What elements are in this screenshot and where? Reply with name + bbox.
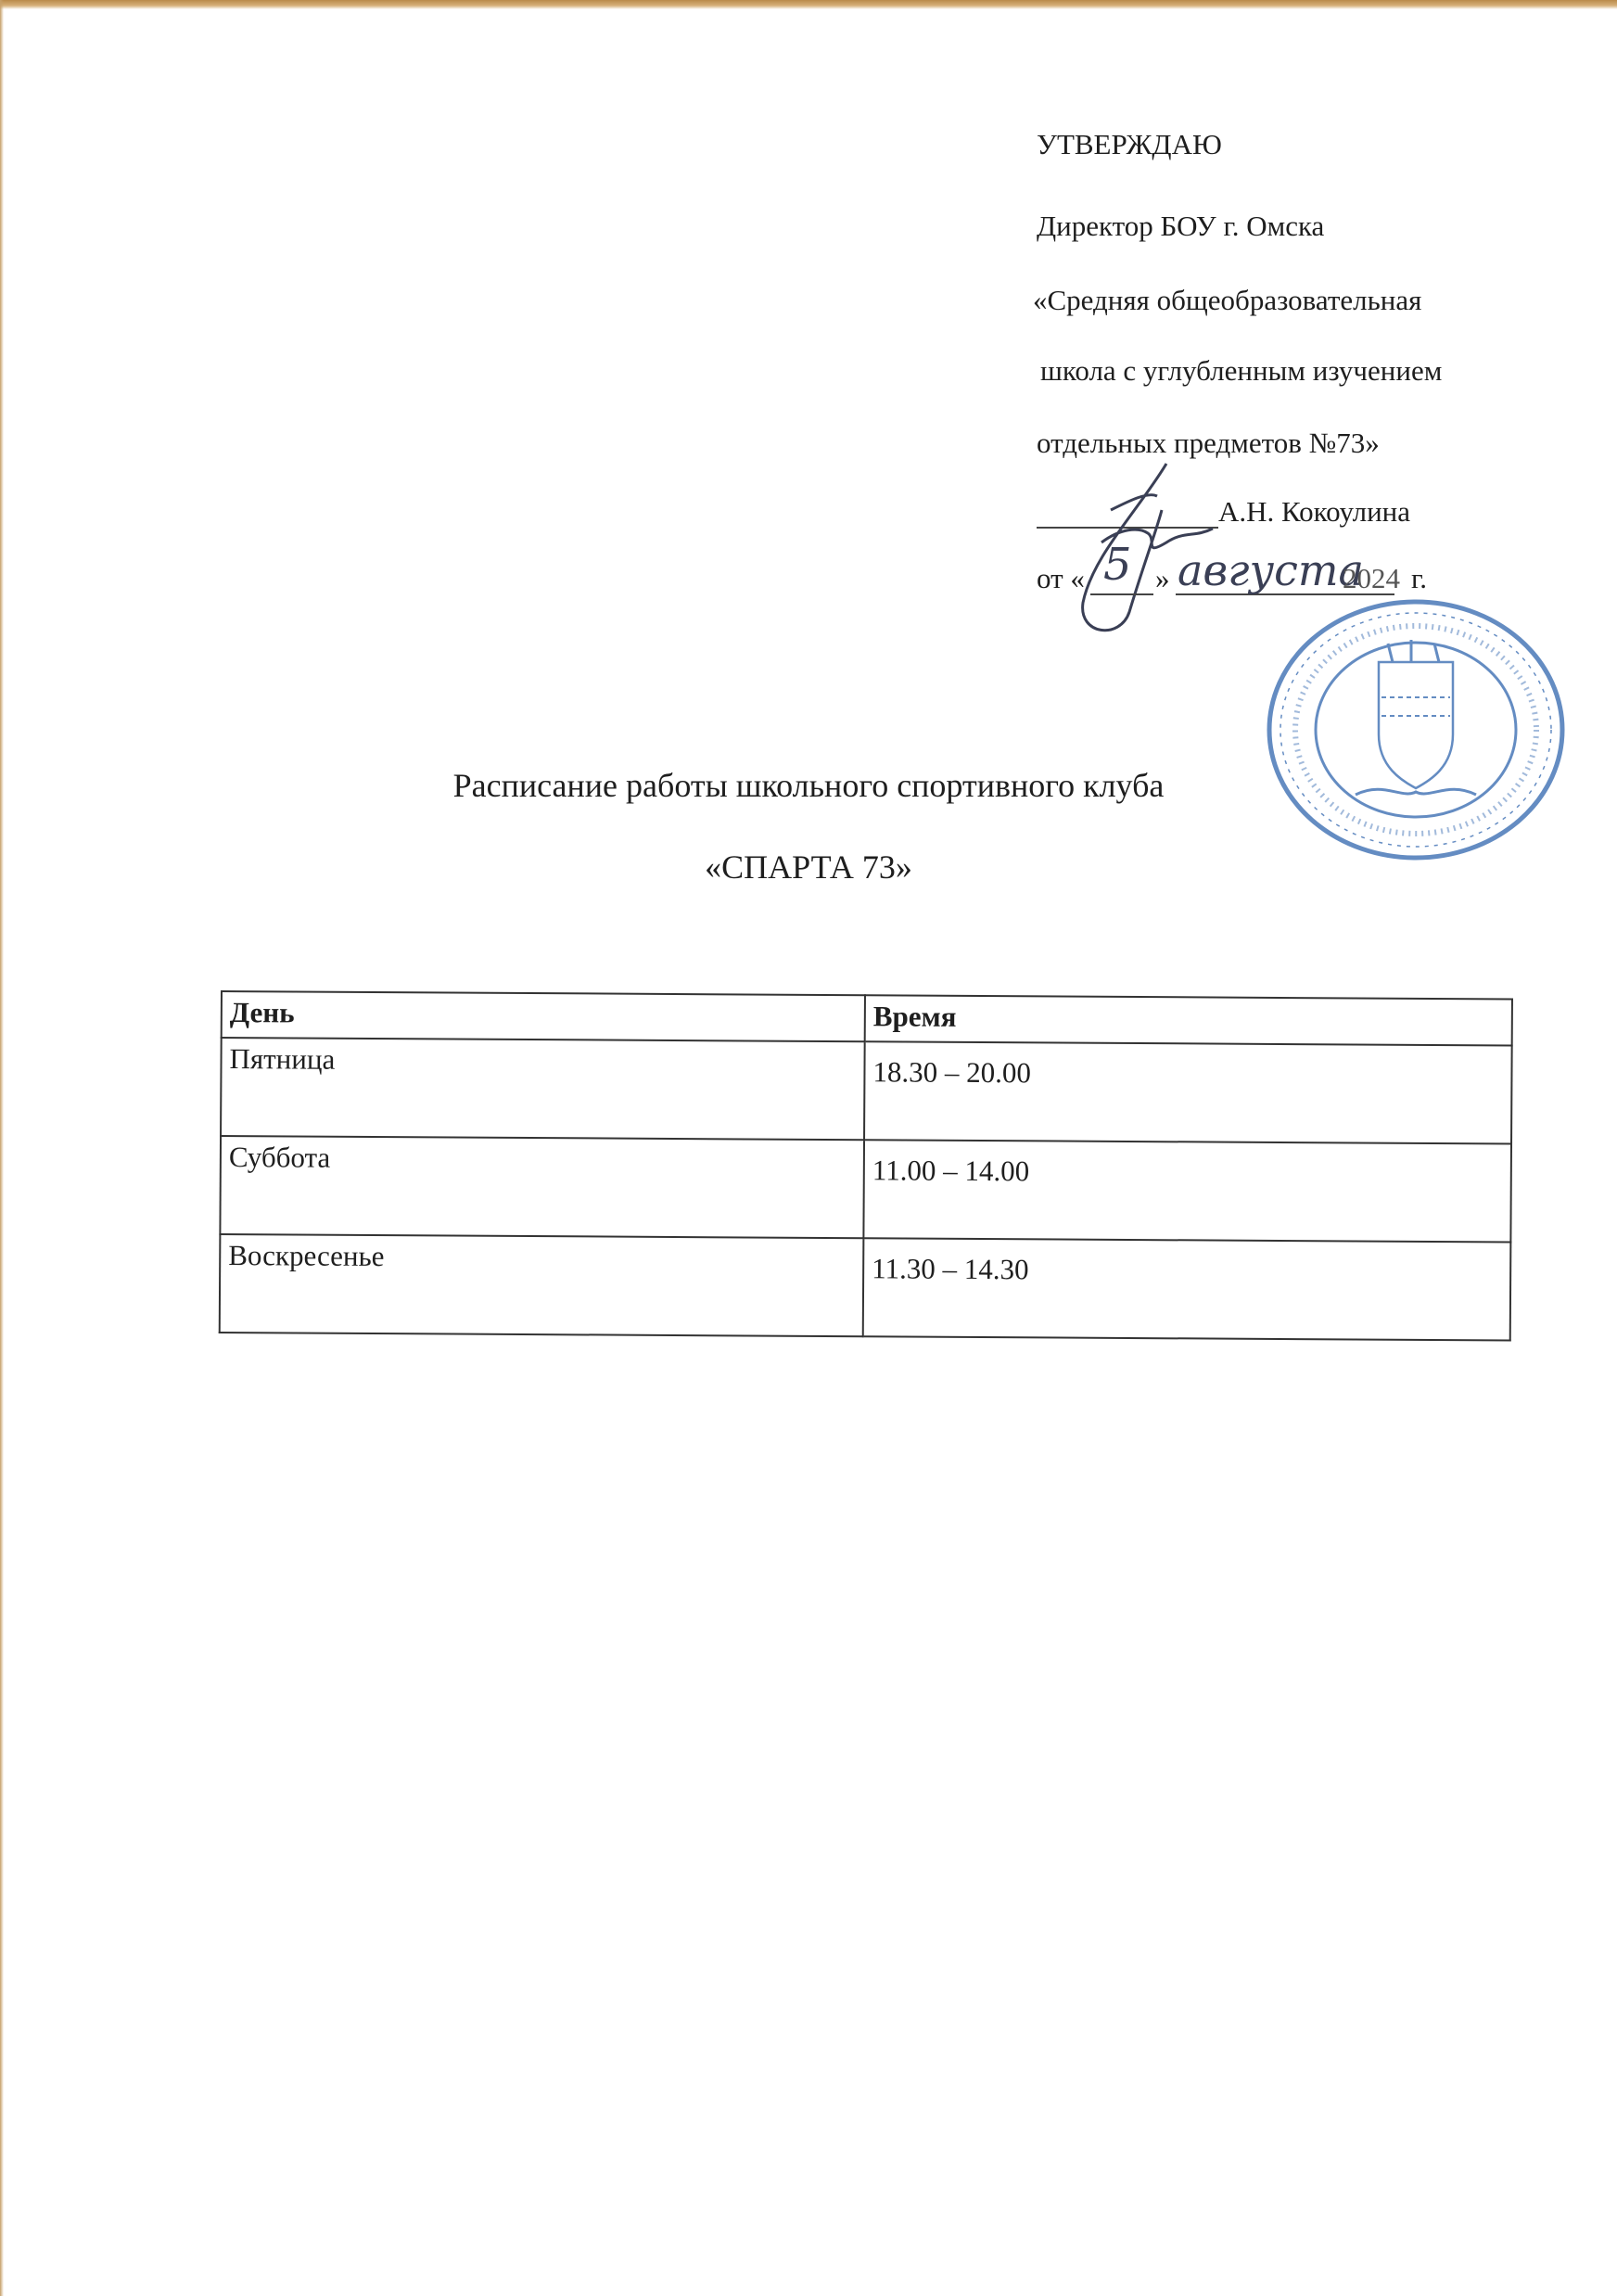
seal-stamp-icon (1263, 595, 1569, 864)
approval-org-line2: школа с углубленным изучением (1040, 356, 1442, 385)
table-row: Пятница 18.30 – 20.00 (221, 1038, 1512, 1144)
approval-org-line3: отдельных предметов №73» (1037, 428, 1380, 457)
date-day: 5 (1103, 542, 1132, 587)
column-header-day: День (222, 991, 865, 1041)
date-month: августа (1178, 549, 1364, 592)
time-cell: 11.00 – 14.00 (863, 1140, 1511, 1242)
table-header-row: День Время (222, 991, 1512, 1046)
paper-edge-left (0, 0, 4, 2296)
club-name: «СПАРТА 73» (0, 848, 1617, 887)
day-cell: Воскресенье (220, 1234, 864, 1336)
approval-position: Директор БОУ г. Омска (1037, 211, 1324, 240)
paper-edge-top (0, 0, 1617, 9)
schedule-table: День Время Пятница 18.30 – 20.00 Суббота… (219, 990, 1513, 1342)
date-day-underline (1090, 593, 1153, 595)
date-suffix: г. (1411, 564, 1427, 593)
date-prefix: от « (1037, 564, 1085, 593)
time-cell: 11.30 – 14.30 (863, 1238, 1511, 1340)
date-year: 2024 (1343, 564, 1400, 593)
time-cell: 18.30 – 20.00 (864, 1041, 1512, 1143)
day-cell: Суббота (220, 1136, 864, 1238)
signature-name: А.Н. Кокоулина (1218, 497, 1410, 526)
table-row: Суббота 11.00 – 14.00 (220, 1136, 1511, 1243)
date-mid: » (1155, 564, 1170, 593)
column-header-time: Время (865, 995, 1512, 1045)
approval-org-line1: «Средняя общеобразовательная (1033, 286, 1421, 314)
day-cell: Пятница (221, 1038, 865, 1140)
document-title: Расписание работы школьного спортивного … (0, 766, 1617, 805)
table-row: Воскресенье 11.30 – 14.30 (220, 1234, 1511, 1341)
approval-heading: УТВЕРЖДАЮ (1037, 130, 1222, 159)
